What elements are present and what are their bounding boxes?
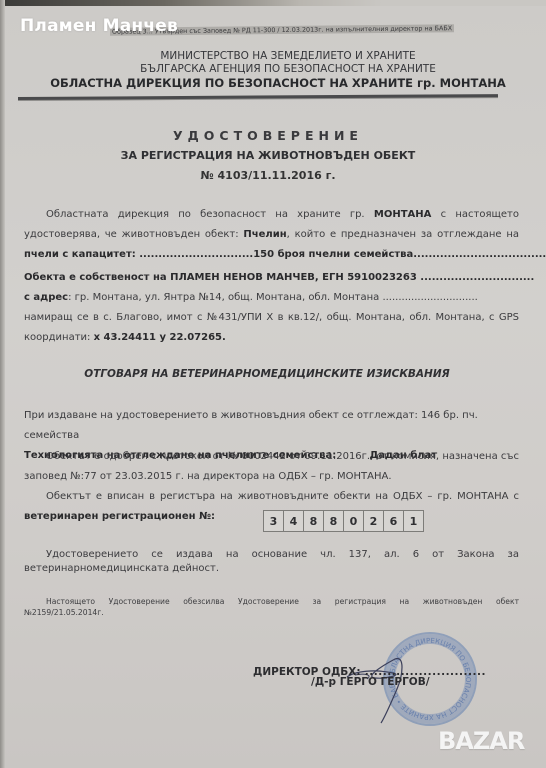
address-label: с адрес (24, 292, 68, 303)
owner-info: Обекта е собственост на ПЛАМЕН НЕНОВ МАН… (24, 272, 417, 283)
intro-text: с настоящето (441, 209, 519, 220)
city-name: МОНТАНА (374, 209, 432, 220)
approval-line-1: Обектът е одобрен с протокол от № 000244… (24, 447, 519, 467)
reg-number-label: ветеринарен регистрационен №: (24, 511, 215, 522)
registration-number-boxes: 34880261 (263, 510, 424, 532)
signature-block: ДИРЕКТОР ОДБХ: .........................… (253, 660, 486, 679)
intro-paragraph: Областната дирекция по безопасност на хр… (24, 205, 519, 265)
directorate-line: ОБЛАСТНА ДИРЕКЦИЯ ПО БЕЗОПАСНОСТ НА ХРАН… (10, 76, 546, 90)
reg-digit: 3 (264, 511, 284, 531)
title-main: УДОСТОВЕРЕНИЕ (0, 128, 546, 144)
approval-line-2: заповед №:77 от 23.03.2015 г. на директо… (24, 467, 519, 487)
coords-label: координати: (24, 332, 94, 343)
address-line: с адрес: гр. Монтана, ул. Янтра №14, общ… (24, 288, 519, 308)
coords-line: координати: x 43.24411 y 22.07265. (24, 328, 519, 348)
intro-text: , който е предназначен за отглеждане на (287, 229, 519, 240)
reg-digit: 6 (384, 511, 404, 531)
page-edge (0, 0, 5, 768)
capacity-line: пчели с капацитет: .....................… (24, 245, 519, 265)
location-line: намиращ се в с. Благово, имот с №431/УПИ… (24, 308, 519, 328)
certificate-title: УДОСТОВЕРЕНИЕ ЗА РЕГИСТРАЦИЯ НА ЖИВОТНОВ… (0, 128, 546, 185)
title-subtitle: ЗА РЕГИСТРАЦИЯ НА ЖИВОТНОВЪДЕН ОБЕКТ (0, 144, 546, 167)
dots: .............................. (136, 249, 253, 260)
dots: .................................... (413, 249, 546, 260)
supersede-line-1: Настоящето Удостоверение обезсилва Удост… (24, 596, 519, 607)
bazar-logo: BAZAR (438, 727, 524, 755)
legal-basis: Удостоверението се издава на основание ч… (24, 545, 519, 579)
ministry-line: МИНИСТЕРСТВО НА ЗЕМЕДЕЛИЕТО И ХРАНИТЕ (30, 50, 546, 63)
intro-line-1: Областната дирекция по безопасност на хр… (24, 205, 519, 225)
register-line: Обектът е вписан в регистъра на животнов… (24, 487, 519, 507)
reg-digit: 0 (344, 511, 364, 531)
dots: .............................. (379, 292, 478, 303)
owner-watermark: Пламен Манчев (20, 16, 178, 36)
section-title: ОТГОВАРЯ НА ВЕТЕРИНАРНОМЕДИЦИНСКИТЕ ИЗИС… (0, 368, 540, 380)
owner-paragraph: Обекта е собственост на ПЛАМЕН НЕНОВ МАН… (24, 268, 519, 348)
reg-digit: 2 (364, 511, 384, 531)
supersede-line-2: №2159/21.05.2014г. (24, 607, 519, 618)
families-line: При издаване на удостоверението в животн… (24, 406, 519, 446)
certificate-number: № 4103/11.11.2016 г. (0, 167, 546, 185)
director-name: /Д-р ГЕРГО ГЕРГОВ/ (311, 676, 430, 688)
coords-value: x 43.24411 y 22.07265. (94, 332, 226, 343)
reg-digit: 8 (324, 511, 344, 531)
reg-digit: 8 (304, 511, 324, 531)
owner-line: Обекта е собственост на ПЛАМЕН НЕНОВ МАН… (24, 268, 519, 288)
intro-text: Областната дирекция по безопасност на хр… (46, 209, 365, 220)
supersede-note: Настоящето Удостоверение обезсилва Удост… (24, 596, 519, 618)
document-header: МИНИСТЕРСТВО НА ЗЕМЕДЕЛИЕТО И ХРАНИТЕ БЪ… (0, 50, 546, 90)
reg-digit: 4 (284, 511, 304, 531)
reg-digit: 1 (404, 511, 423, 531)
dots: .............................. (417, 272, 534, 283)
object-type: Пчелин (243, 229, 286, 240)
agency-line: БЪЛГАРСКА АГЕНЦИЯ ПО БЕЗОПАСНОСТ НА ХРАН… (30, 63, 546, 76)
intro-line-2: удостоверява, че животновъден обект: Пче… (24, 225, 519, 245)
capacity-label: пчели с капацитет: (24, 249, 136, 260)
address-value: : гр. Монтана, ул. Янтра №14, общ. Монта… (68, 292, 379, 303)
intro-text: удостоверява, че животновъден обект: (24, 229, 239, 240)
capacity-value: 150 броя пчелни семейства (253, 249, 413, 260)
